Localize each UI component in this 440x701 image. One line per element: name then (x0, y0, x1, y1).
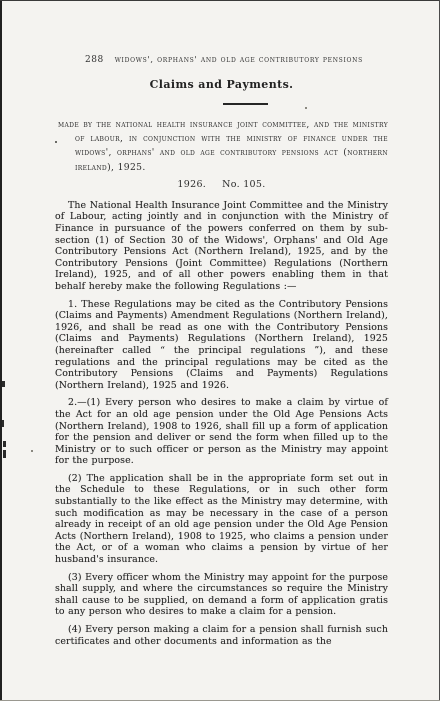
scan-artifact (3, 441, 6, 447)
document-title: Claims and Payments. (55, 78, 388, 91)
regulation-paragraph: The National Health Insurance Joint Comm… (55, 200, 388, 293)
regulation-paragraph: 1. These Regulations may be cited as the… (55, 299, 388, 392)
made-by-preamble: Made by the National Health Insurance Jo… (58, 118, 388, 175)
regulation-paragraph: (2) The application shall be in the appr… (55, 473, 388, 566)
page-number: 288 (85, 55, 104, 65)
page-content: 288 WIDOWS', ORPHANS' AND OLD AGE CONTRI… (55, 54, 388, 653)
scan-artifact (2, 381, 5, 387)
regulation-paragraph: (3) Every officer whom the Ministry may … (55, 572, 388, 618)
regulation-paragraph: 2.—(1) Every person who desires to make … (55, 397, 388, 467)
citation-year: 1926. (177, 179, 206, 190)
running-title: WIDOWS', ORPHANS' AND OLD AGE CONTRIBUTO… (115, 54, 363, 64)
scanned-document-page: 288 WIDOWS', ORPHANS' AND OLD AGE CONTRI… (0, 0, 440, 701)
divider-rule (223, 103, 268, 105)
scan-artifact (2, 420, 4, 427)
scan-artifact (3, 450, 6, 458)
scan-edge-left (0, 0, 2, 701)
scan-edge-top (0, 0, 440, 1)
scan-artifact (31, 450, 33, 452)
running-header: 288 WIDOWS', ORPHANS' AND OLD AGE CONTRI… (85, 54, 388, 65)
regulation-paragraph: (4) Every person making a claim for a pe… (55, 624, 388, 647)
regulation-body: The National Health Insurance Joint Comm… (55, 200, 388, 647)
citation-line: 1926.No. 105. (55, 179, 388, 190)
citation-number: No. 105. (222, 179, 265, 190)
